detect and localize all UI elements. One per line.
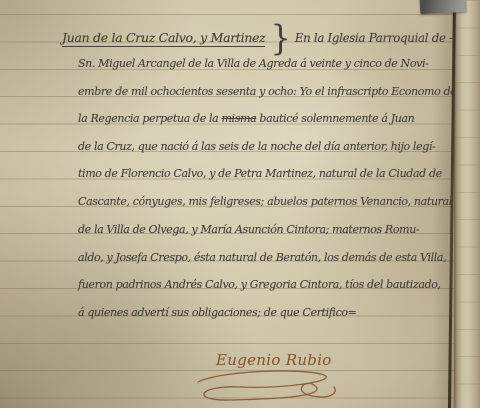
- brace-mark: }: [270, 21, 290, 56]
- record-line: de la Villa de Olvega, y María Asunción …: [78, 222, 419, 236]
- record-heading: Juan de la Cruz Calvo, y Martinez } En l…: [62, 22, 461, 54]
- record-line: embre de mil ochocientos sesenta y ocho:…: [78, 84, 456, 98]
- manuscript-page: Juan de la Cruz Calvo, y Martinez } En l…: [0, 0, 480, 408]
- record-line: aldo, y Josefa Crespo, ésta natural de B…: [78, 250, 446, 264]
- line-4-post: bauticé solemnemente á Juan: [256, 111, 414, 125]
- line-4-pre: la Regencia perpetua de la: [78, 111, 221, 125]
- record-line: Cascante, cónyuges, mis feligreses; abue…: [78, 194, 452, 208]
- baptized-name: Juan de la Cruz Calvo, y Martinez: [62, 30, 265, 47]
- next-page-edge-strip: [454, 0, 480, 408]
- corner-ink-mark: [420, 0, 467, 14]
- record-closing-line: á quienes advertí sus obligaciones; de q…: [78, 305, 357, 319]
- record-line: la Regencia perpetua de la misma bauticé…: [78, 111, 414, 125]
- struck-word: misma: [221, 111, 256, 125]
- record-line: de la Cruz, que nació á las seis de la n…: [78, 139, 435, 153]
- record-line: fueron padrinos Andrés Calvo, y Gregoria…: [78, 277, 441, 291]
- record-line: timo de Florencio Calvo, y de Petra Mart…: [78, 166, 442, 180]
- signature-flourish-icon: [188, 366, 346, 406]
- record-opening-line: En la Iglesia Parroquial de —: [295, 31, 461, 45]
- record-line: Sn. Miguel Arcangel de la Villa de Agred…: [78, 56, 428, 70]
- baptism-record-text: Juan de la Cruz Calvo, y Martinez } En l…: [0, 0, 480, 408]
